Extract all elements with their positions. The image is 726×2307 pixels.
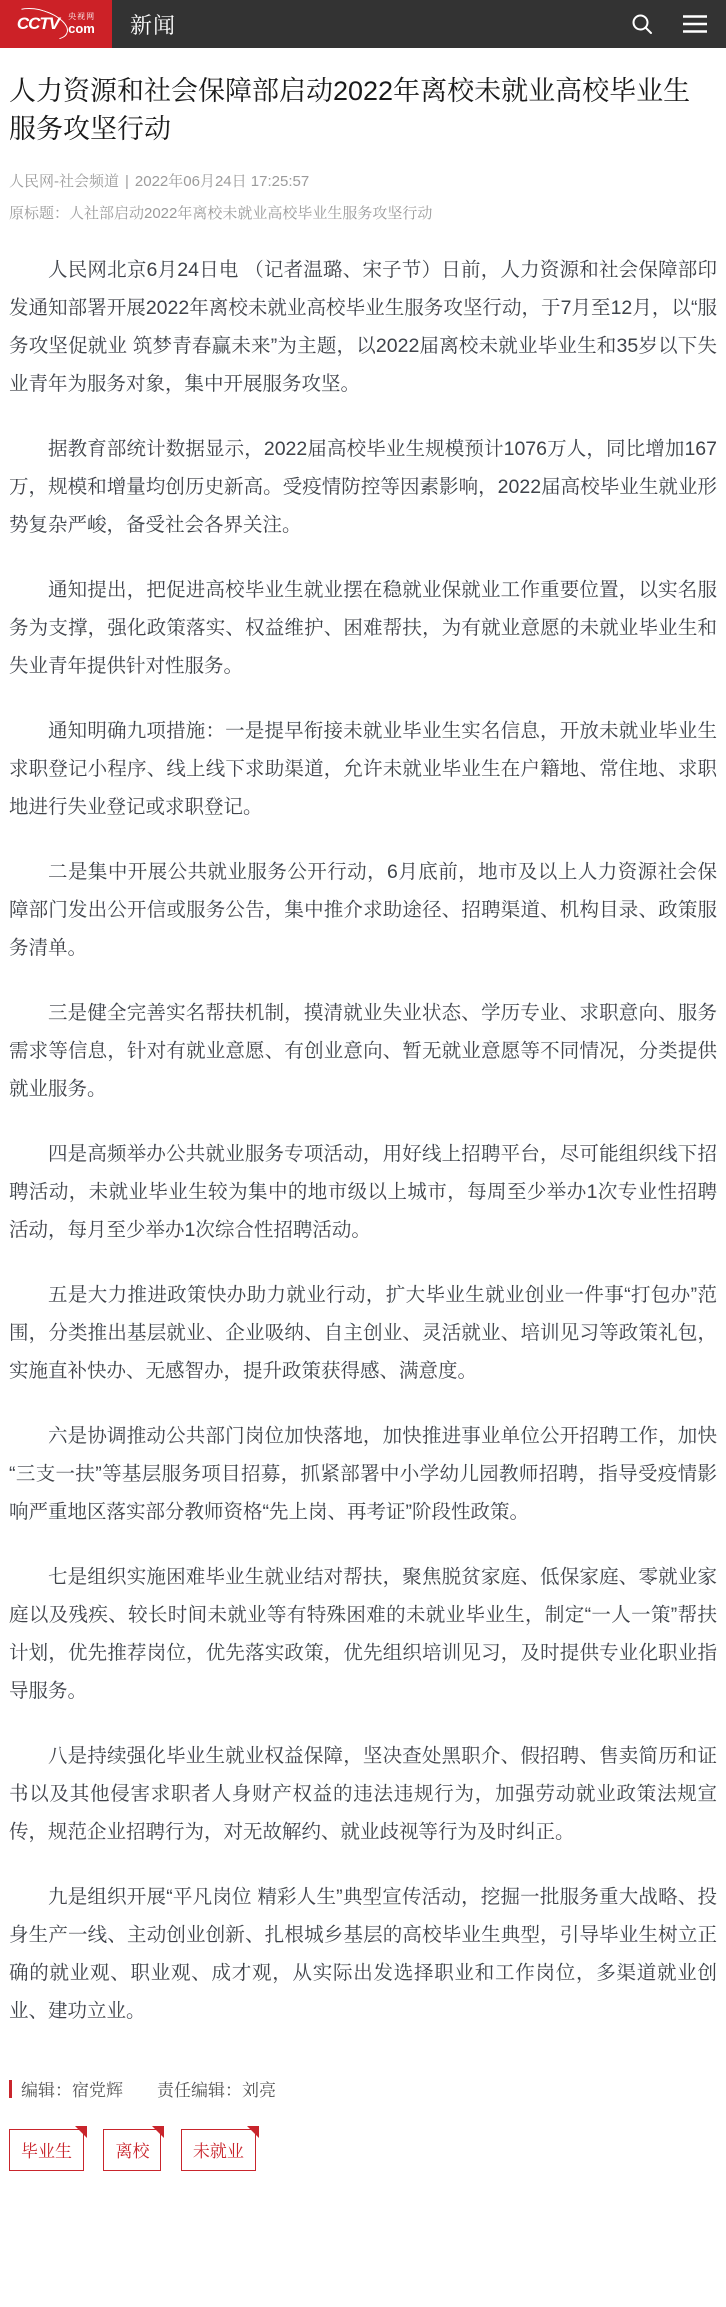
article-datetime: 2022年06月24日 17:25:57: [135, 173, 309, 190]
cctv-logo[interactable]: CCTV 央视网 com: [0, 0, 112, 48]
editor-row: 编辑：宿党辉 责任编辑：刘亮: [9, 2076, 717, 2101]
article-paragraph: 七是组织实施困难毕业生就业结对帮扶，聚焦脱贫家庭、低保家庭、零就业家庭以及残疾、…: [9, 1558, 717, 1710]
editor-group: 编辑：宿党辉: [21, 2076, 123, 2101]
cctv-logo-com: com: [68, 22, 95, 35]
hamburger-menu-icon: [682, 14, 708, 34]
search-icon: [630, 12, 654, 36]
editor-label: 编辑：: [21, 2081, 72, 2100]
article-source: 人民网-社会频道: [9, 173, 119, 190]
site-header: CCTV 央视网 com 新闻: [0, 0, 726, 48]
article-paragraph: 据教育部统计数据显示，2022届高校毕业生规模预计1076万人，同比增加167万…: [9, 430, 717, 544]
article-title: 人力资源和社会保障部启动2022年离校未就业高校毕业生服务攻坚行动: [9, 72, 717, 148]
article-paragraph: 四是高频举办公共就业服务专项活动，用好线上招聘平台，尽可能组织线下招聘活动，未就…: [9, 1135, 717, 1249]
editor-name: 宿党辉: [72, 2081, 123, 2100]
article-meta: 人民网-社会频道|2022年06月24日 17:25:57: [9, 170, 717, 191]
header-actions: [630, 0, 726, 48]
article-body: 人民网北京6月24日电 （记者温璐、宋子节）日前，人力资源和社会保障部印发通知部…: [9, 251, 717, 2030]
article-paragraph: 通知明确九项措施：一是提早衔接未就业毕业生实名信息，开放未就业毕业生求职登记小程…: [9, 712, 717, 826]
cctv-logo-text: CCTV: [17, 14, 62, 34]
tag-graduates[interactable]: 毕业生: [9, 2129, 84, 2171]
article-paragraph: 五是大力推进政策快办助力就业行动，扩大毕业生就业创业一件事“打包办”范围，分类推…: [9, 1276, 717, 1390]
chief-editor-name: 刘亮: [242, 2081, 276, 2100]
tag-left-school[interactable]: 离校: [103, 2129, 161, 2171]
article-paragraph: 八是持续强化毕业生就业权益保障，坚决查处黑职介、假招聘、售卖简历和证书以及其他侵…: [9, 1737, 717, 1851]
tag-unemployed[interactable]: 未就业: [181, 2129, 256, 2171]
search-button[interactable]: [630, 12, 654, 36]
article-paragraph: 六是协调推动公共部门岗位加快落地，加快推进事业单位公开招聘工作，加快“三支一扶”…: [9, 1417, 717, 1531]
cctv-logo-cn: 央视网: [68, 13, 95, 21]
article-paragraph: 九是组织开展“平凡岗位 精彩人生”典型宣传活动，挖掘一批服务重大战略、投身生产一…: [9, 1878, 717, 2030]
meta-separator: |: [125, 173, 129, 190]
cctv-logo-mark: CCTV 央视网 com: [17, 13, 95, 35]
article-paragraph: 二是集中开展公共就业服务公开行动，6月底前，地市及以上人力资源社会保障部门发出公…: [9, 853, 717, 967]
chief-editor-group: 责任编辑：刘亮: [157, 2076, 276, 2101]
cctv-logo-right: 央视网 com: [68, 13, 95, 35]
editor-red-bar: [9, 2080, 12, 2098]
article-paragraph: 人民网北京6月24日电 （记者温璐、宋子节）日前，人力资源和社会保障部印发通知部…: [9, 251, 717, 403]
menu-button[interactable]: [682, 14, 708, 34]
chief-editor-label: 责任编辑：: [157, 2081, 242, 2100]
tags-row: 毕业生 离校 未就业: [9, 2129, 717, 2185]
section-title: 新闻: [130, 9, 176, 40]
original-title: 原标题：人社部启动2022年离校未就业高校毕业生服务攻坚行动: [9, 202, 717, 223]
article: 人力资源和社会保障部启动2022年离校未就业高校毕业生服务攻坚行动 人民网-社会…: [0, 48, 726, 2185]
article-paragraph: 三是健全完善实名帮扶机制，摸清就业失业状态、学历专业、求职意向、服务需求等信息，…: [9, 994, 717, 1108]
article-paragraph: 通知提出，把促进高校毕业生就业摆在稳就业保就业工作重要位置，以实名服务为支撑，强…: [9, 571, 717, 685]
